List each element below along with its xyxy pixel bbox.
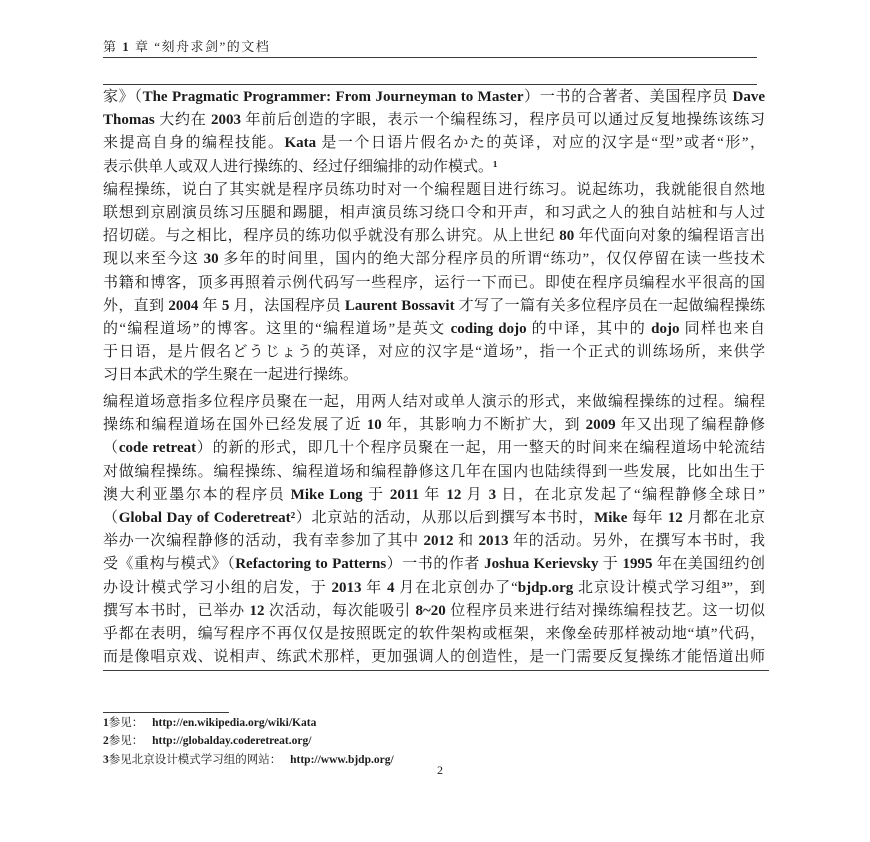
footnote-link[interactable]: http://en.wikipedia.org/wiki/Kata	[152, 717, 316, 729]
text-line: 办设计模式学习小组的启发，于 2013 年 4 月在北京创办了“bjdp.org…	[103, 577, 765, 600]
last-line-underline-rule	[103, 670, 769, 671]
text-line: 书籍和博客，顶多再照着示例代码写一些程序，运行一下而已。即使在程序员编程水平很高…	[103, 272, 765, 295]
text-line: 编程操练，说白了其实就是程序员练功时对一个编程题目进行练习。说起练功，我就能很自…	[103, 179, 765, 202]
text-block-overline-rule	[103, 84, 757, 85]
footnote-item: 1参见： http://en.wikipedia.org/wiki/Kata	[103, 714, 765, 732]
footnote-label: 2参见：	[103, 735, 143, 747]
document-page: 第 1 章 “刻舟求剑”的文档 家》（The Pragmatic Program…	[0, 0, 870, 842]
footnote-label: 1参见：	[103, 717, 143, 729]
text-line: 而是像唱京戏、说相声、练武术那样，更加强调人的创造性，是一门需要反复操练才能悟道…	[103, 646, 765, 669]
text-line: 家》（The Pragmatic Programmer: From Journe…	[103, 86, 765, 109]
text-line: 撰写本书时，已举办 12 次活动，每次能吸引 8~20 位程序员来进行结对操练编…	[103, 600, 765, 623]
text-line: 来提高自身的编程技能。Kata 是一个日语片假名かた的英译，对应的汉字是“型”或…	[103, 132, 765, 155]
footnotes-section: 1参见： http://en.wikipedia.org/wiki/Kata 2…	[103, 714, 765, 769]
text-line: 澳大利亚墨尔本的程序员 Mike Long 于 2011 年 12 月 3 日，…	[103, 484, 765, 507]
footnote-link[interactable]: http://globalday.coderetreat.org/	[152, 735, 311, 747]
text-line: 习日本武术的学生聚在一起进行操练。	[103, 364, 765, 387]
text-line: 的“编程道场”的博客。这里的“编程道场”是英文 coding dojo 的中译，…	[103, 318, 765, 341]
text-line: 表示供单人或双人进行操练的、经过仔细编排的动作模式。¹	[103, 156, 765, 179]
text-line: （code retreat）的新的形式，即几十个程序员聚在一起，用一整天的时间来…	[103, 437, 765, 460]
text-line: 联想到京剧演员练习压腿和踢腿，相声演员练习绕口令和开声，和习武之人的独自站桩和与…	[103, 202, 765, 225]
body-text-block-2: 编程道场意指多位程序员聚在一起，用两人结对或单人演示的形式，来做编程操练的过程。…	[103, 391, 765, 669]
page-number: 2	[0, 763, 870, 778]
text-line: 对做编程操练。编程操练、编程道场和编程静修这几年在国内也陆续得到一些发展，比如出…	[103, 461, 765, 484]
footnote-separator-rule	[103, 712, 229, 713]
footnote-item: 2参见： http://globalday.coderetreat.org/	[103, 732, 765, 750]
text-line: 现以来至今这 30 多年的时间里，国内的绝大部分程序员的所谓“练功”，仅仅停留在…	[103, 248, 765, 271]
text-line: （Global Day of Coderetreat²）北京站的活动，从那以后到…	[103, 507, 765, 530]
chapter-header: 第 1 章 “刻舟求剑”的文档	[103, 36, 763, 55]
text-line: 招切磋。与之相比，程序员的练功似乎就没有那么讲究。从上世纪 80 年代面向对象的…	[103, 225, 765, 248]
text-line: Thomas 大约在 2003 年前后创造的字眼，表示一个编程练习，程序员可以通…	[103, 109, 765, 132]
header-rule	[103, 57, 757, 58]
text-line: 于日语，是片假名どうじょう的英译，对应的汉字是“道场”，指一个正式的训练场所，来…	[103, 341, 765, 364]
text-line: 受《重构与模式》（Refactoring to Patterns）一书的作者 J…	[103, 553, 765, 576]
body-text-block-1: 家》（The Pragmatic Programmer: From Journe…	[103, 86, 765, 387]
text-line: 编程道场意指多位程序员聚在一起，用两人结对或单人演示的形式，来做编程操练的过程。…	[103, 391, 765, 414]
text-line: 操练和编程道场在国外已经发展了近 10 年，其影响力不断扩大，到 2009 年又…	[103, 414, 765, 437]
text-line: 外，直到 2004 年 5 月，法国程序员 Laurent Bossavit 才…	[103, 295, 765, 318]
text-line: 乎都在表明，编写程序不再仅仅是按照既定的软件架构或框架，来像垒砖那样被动地“填”…	[103, 623, 765, 646]
text-line: 举办一次编程静修的活动，我有幸参加了其中 2012 和 2013 年的活动。另外…	[103, 530, 765, 553]
